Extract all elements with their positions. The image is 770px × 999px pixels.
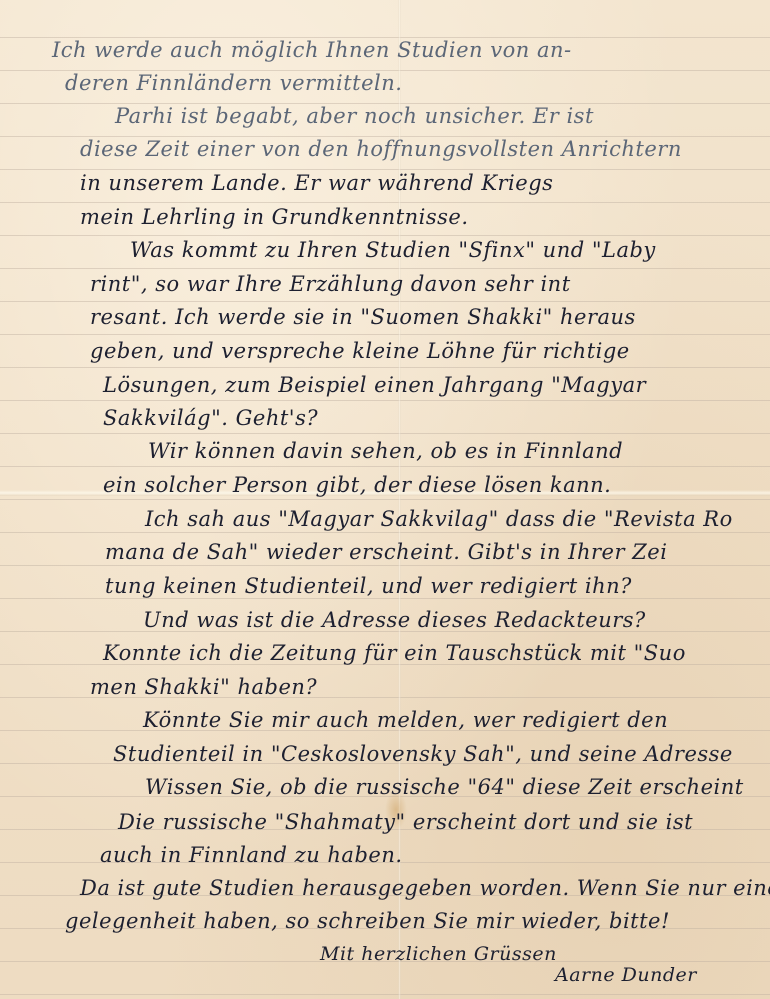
letter-line: resant. Ich werde sie in "Suomen Shakki"… (90, 305, 636, 329)
letter-line: Und was ist die Adresse dieses Redackteu… (143, 608, 646, 632)
letter-line: Wissen Sie, ob die russische "64" diese … (145, 775, 744, 799)
letter-page: Ich werde auch möglich Ihnen Studien von… (0, 0, 770, 999)
letter-line: Parhi ist begabt, aber noch unsicher. Er… (115, 104, 594, 128)
letter-line: Wir können davin sehen, ob es in Finnlan… (148, 439, 623, 463)
letter-line: Die russische "Shahmaty" erscheint dort … (118, 810, 693, 834)
letter-line: diese Zeit einer von den hoffnungsvollst… (80, 137, 682, 161)
letter-line: Da ist gute Studien herausgegeben worden… (80, 876, 770, 900)
letter-line: tung keinen Studienteil, und wer redigie… (105, 574, 632, 598)
letter-line: mana de Sah" wieder erscheint. Gibt's in… (105, 540, 667, 564)
closing-greeting: Mit herzlichen Grüssen (320, 943, 557, 965)
letter-line: geben, und verspreche kleine Löhne für r… (90, 339, 630, 363)
letter-line: rint", so war Ihre Erzählung davon sehr … (90, 272, 571, 296)
letter-line: gelegenheit haben, so schreiben Sie mir … (65, 909, 670, 933)
letter-line: mein Lehrling in Grundkenntnisse. (80, 205, 469, 229)
letter-line: deren Finnländern vermitteln. (65, 71, 402, 95)
letter-line: Könnte Sie mir auch melden, wer redigier… (143, 708, 668, 732)
letter-line: ein solcher Person gibt, der diese lösen… (103, 473, 611, 497)
letter-line: auch in Finnland zu haben. (100, 843, 403, 867)
letter-line: men Shakki" haben? (90, 675, 317, 699)
letter-line: Lösungen, zum Beispiel einen Jahrgang "M… (103, 373, 646, 397)
letter-line: Sakkvilág". Geht's? (103, 406, 318, 430)
letter-line: Was kommt zu Ihren Studien "Sfinx" und "… (130, 238, 656, 262)
letter-line: in unserem Lande. Er war während Kriegs (80, 171, 553, 195)
letter-line: Ich werde auch möglich Ihnen Studien von… (52, 38, 572, 62)
letter-line: Ich sah aus "Magyar Sakkvilag" dass die … (145, 507, 733, 531)
letter-line: Konnte ich die Zeitung für ein Tauschstü… (103, 641, 686, 665)
letter-line: Studienteil in "Ceskoslovensky Sah", und… (113, 742, 733, 766)
signature: Aarne Dunder (555, 964, 697, 986)
